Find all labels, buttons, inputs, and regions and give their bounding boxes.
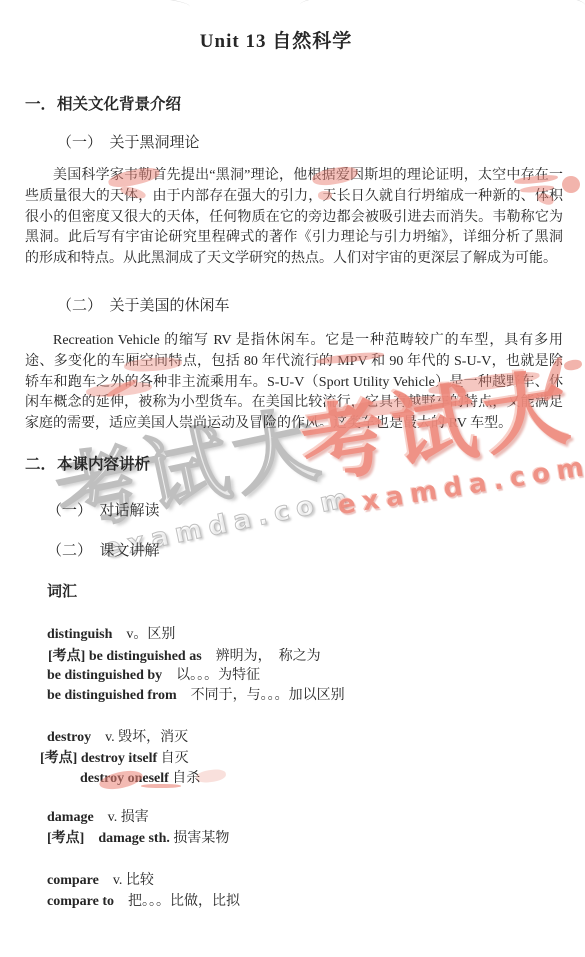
document-page: 考试大 examda.com Unit 13 自然科学 一．相关文化背景介绍 （… (0, 0, 585, 957)
vocab-line: destroy oneself 自杀 (80, 767, 200, 787)
vocab-term: [考点] be distinguished as (48, 649, 202, 664)
vocab-line: [考点] be distinguished as 辨明为， 称之为 (48, 645, 321, 665)
section-1-number: 一． (25, 92, 57, 114)
paragraph-recreation-vehicle: Recreation Vehicle 的缩写 RV 是指休闲车。它是一种范畴较广… (25, 331, 563, 435)
subsection-2-2-heading: （二） 课文讲解 (47, 539, 160, 560)
section-2-title: 本课内容讲析 (57, 456, 150, 473)
vocab-gloss: 损害某物 (170, 831, 230, 846)
vocab-term: destroy oneself (80, 771, 169, 786)
vocab-term: compare to (47, 894, 114, 909)
paragraph-black-hole: 美国科学家韦勒首先提出“黑洞”理论，他根据爱因斯坦的理论证明，太空中存在一些质量… (25, 166, 563, 270)
vocab-gloss: 把。。。比做，比拟 (114, 894, 240, 909)
section-2-number: 二． (25, 452, 57, 474)
subsection-1-1-heading: （一） 关于黑洞理论 (57, 131, 200, 152)
vocab-gloss: 自杀 (169, 771, 201, 786)
section-1-title: 相关文化背景介绍 (57, 96, 181, 113)
vocab-gloss: 不同于，与。。。加以区别 (177, 688, 345, 703)
vocab-term: [考点] damage sth. (47, 831, 170, 846)
vocab-term: distinguish (47, 627, 112, 642)
section-2-heading: 二．本课内容讲析 (25, 452, 150, 474)
vocab-term: destroy (47, 730, 91, 745)
vocab-line: be distinguished from 不同于，与。。。加以区别 (47, 684, 345, 704)
vocab-line: compare to 把。。。比做，比拟 (47, 890, 240, 910)
scan-artifact (30, 0, 191, 16)
subsection-2-1-heading: （一） 对话解读 (47, 499, 160, 520)
vocab-gloss: v. 比较 (99, 873, 154, 888)
section-1-heading: 一．相关文化背景介绍 (25, 92, 181, 114)
vocab-term: [考点] destroy itself (40, 751, 157, 766)
watermark-fragment (563, 359, 582, 372)
vocab-heading: 词汇 (47, 580, 77, 601)
watermark-red-domain: examda.com (336, 452, 585, 522)
page-title: Unit 13 自然科学 (0, 26, 552, 53)
vocab-gloss: 以。。。为特征 (162, 668, 260, 683)
scan-artifact (300, 0, 441, 13)
vocab-gloss: 辨明为， 称之为 (202, 649, 321, 664)
vocab-line: [考点] damage sth. 损害某物 (47, 827, 229, 847)
vocab-gloss: v。区别 (112, 627, 175, 642)
vocab-line: distinguish v。区别 (47, 623, 175, 643)
vocab-term: damage (47, 810, 94, 825)
vocab-line: [考点] destroy itself 自灭 (40, 747, 189, 767)
vocab-line: compare v. 比较 (47, 869, 154, 889)
vocab-line: damage v. 损害 (47, 806, 149, 826)
vocab-line: destroy v. 毁坏，消灭 (47, 726, 188, 746)
scan-artifact (514, 0, 585, 13)
vocab-term: be distinguished from (47, 688, 177, 703)
vocab-gloss: v. 毁坏，消灭 (91, 730, 188, 745)
vocab-line: be distinguished by 以。。。为特征 (47, 664, 260, 684)
vocab-gloss: 自灭 (157, 751, 189, 766)
vocab-gloss: v. 损害 (94, 810, 149, 825)
subsection-1-2-heading: （二） 关于美国的休闲车 (57, 294, 230, 315)
vocab-term: be distinguished by (47, 668, 162, 683)
vocab-term: compare (47, 873, 99, 888)
watermark-fragment (562, 176, 580, 193)
